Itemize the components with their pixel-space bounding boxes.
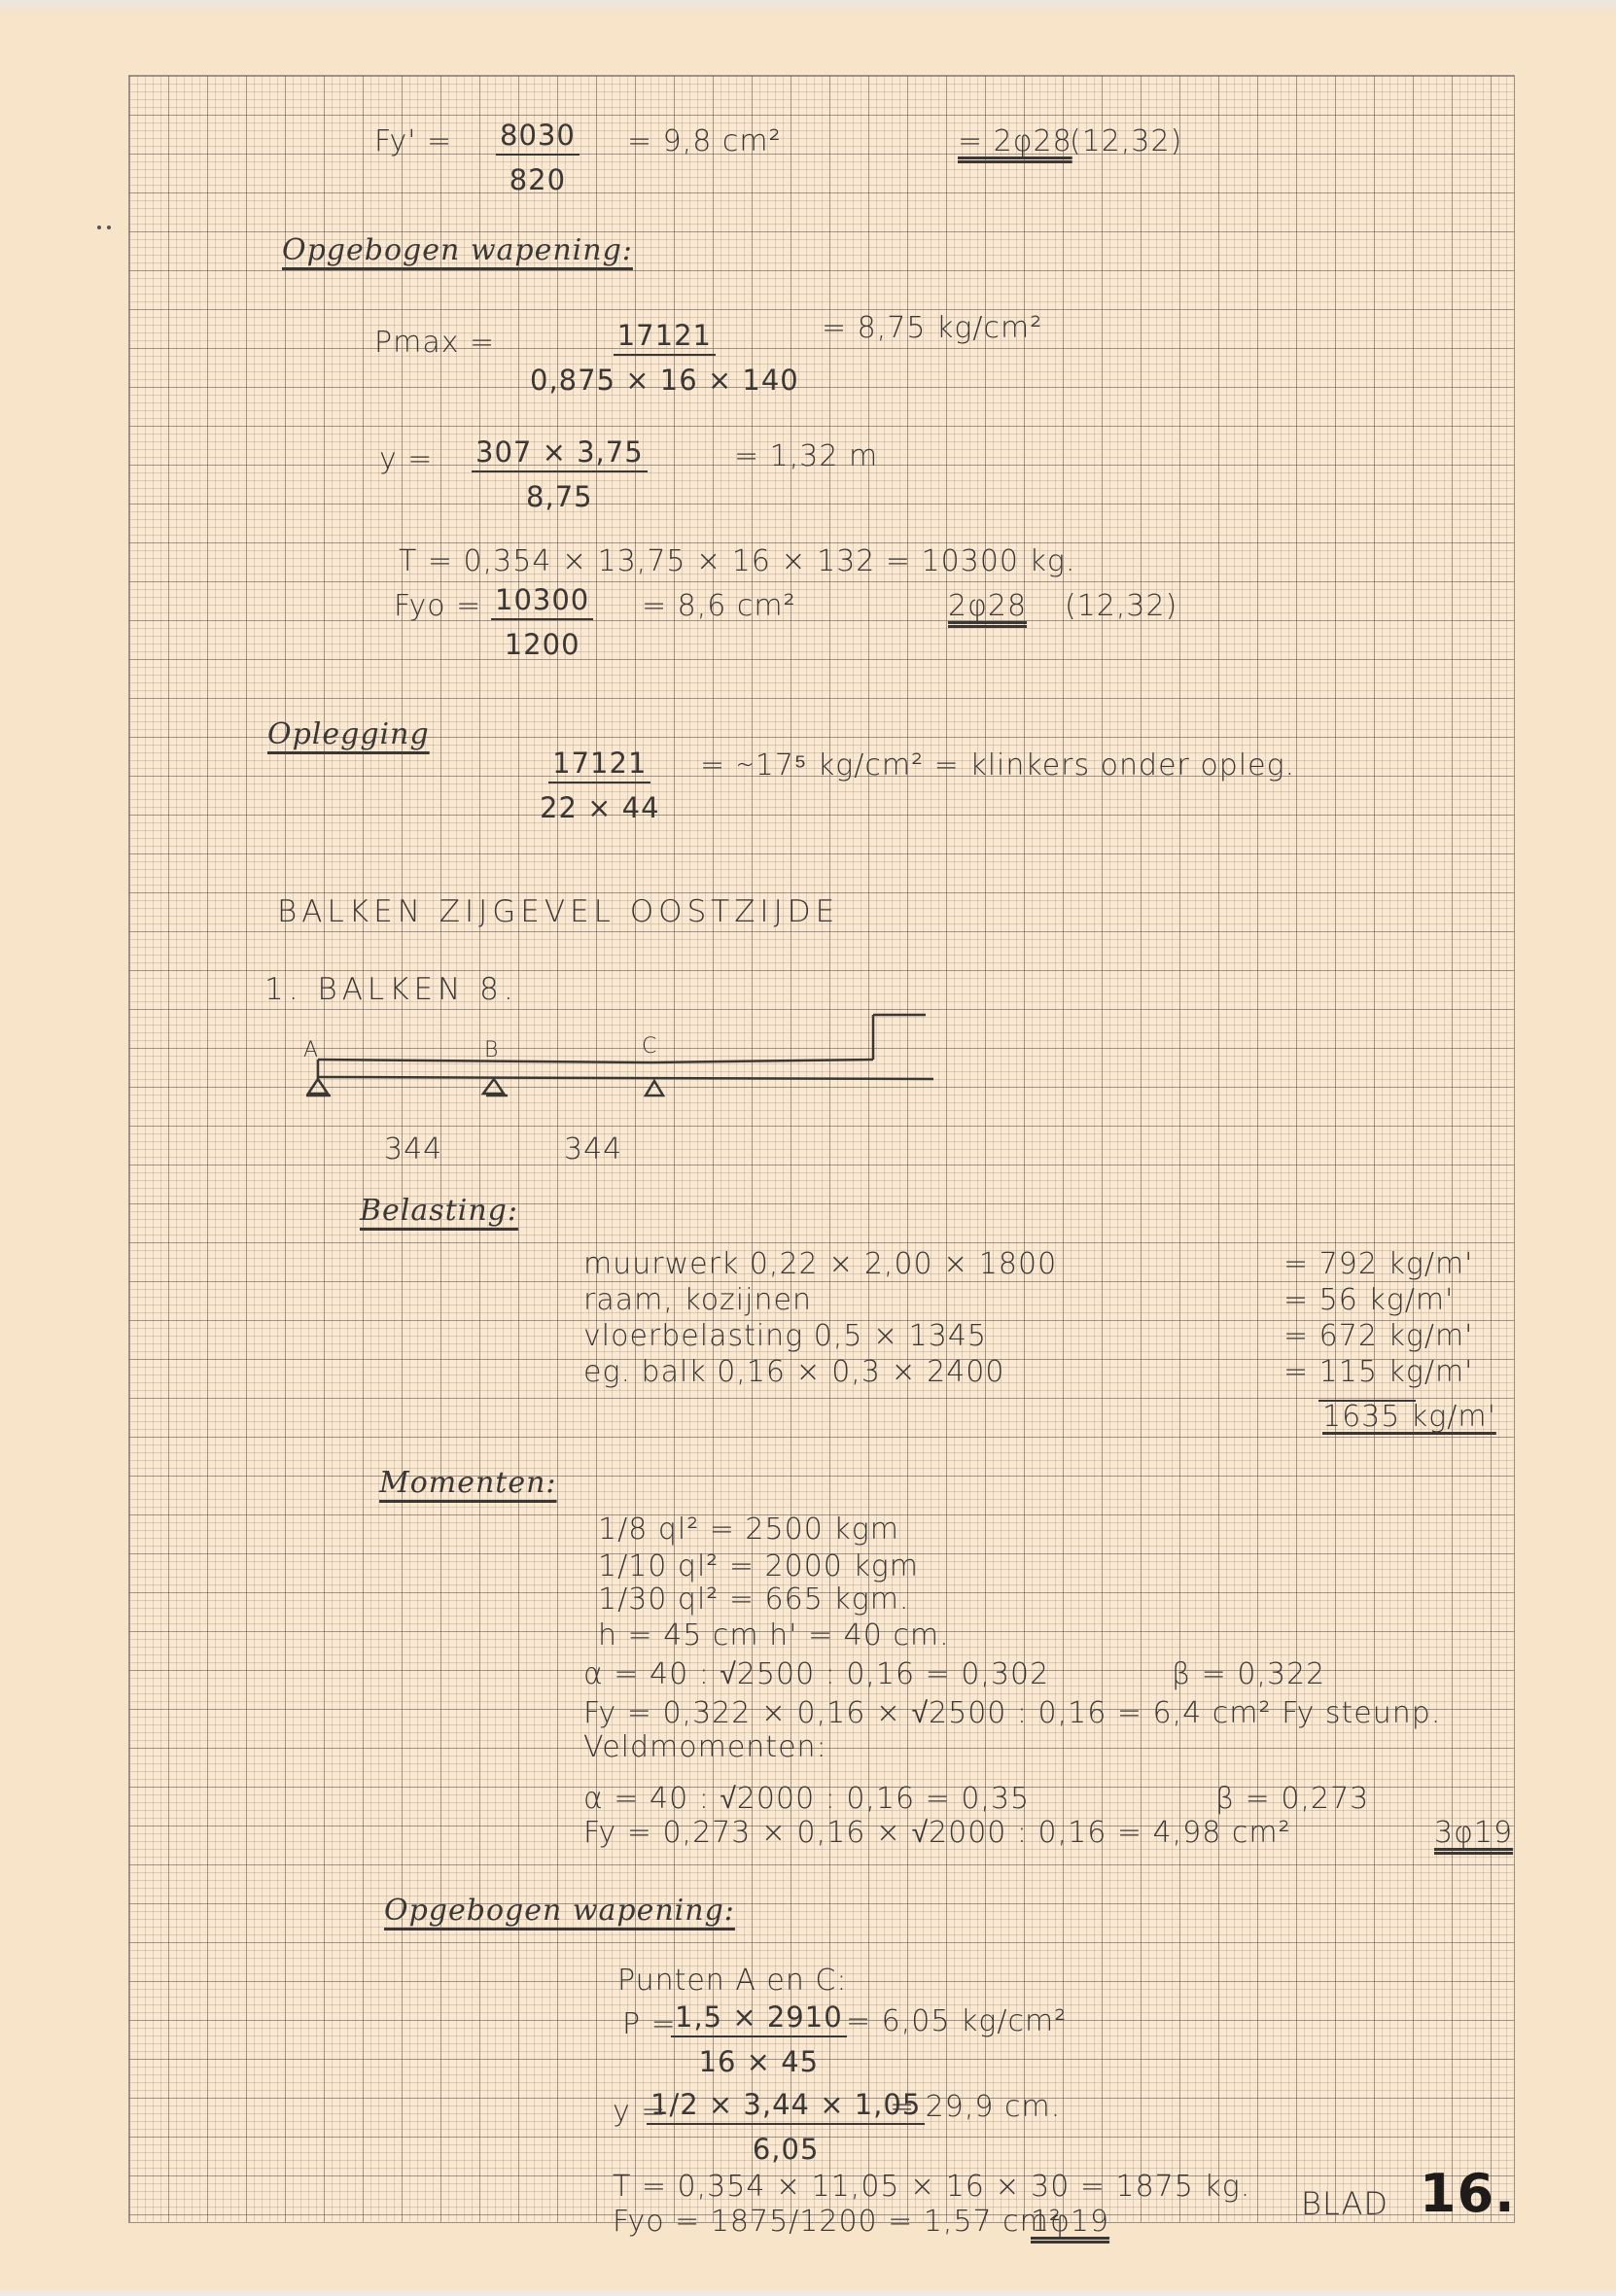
sheet-label: BLAD: [1301, 2185, 1388, 2222]
fyo2-bars: 1φ19: [1031, 2205, 1109, 2239]
support-label-a: A: [303, 1038, 319, 1062]
sum-line: [1318, 1400, 1416, 1402]
beta-support: β = 0,322: [1172, 1657, 1325, 1691]
fyo2-equation: Fyo = 1875/1200 = 1,57 cm²: [613, 2205, 1062, 2239]
support-label-c: C: [642, 1034, 657, 1059]
moment-line: α = 40 : √2000 : 0,16 = 0,35: [583, 1782, 1030, 1816]
y2-result: = 29,9 cm.: [890, 2090, 1061, 2124]
punten-a-c: Punten A en C:: [617, 1964, 847, 1998]
beta-field: β = 0,273: [1215, 1782, 1369, 1816]
moment-line: Veldmomenten:: [583, 1730, 827, 1764]
section-heading-opgebogen-wapening-2: Opgebogen wapening:: [384, 1894, 735, 1928]
p-denominator: 16 × 45: [699, 2037, 820, 2078]
sheet-number: 16.: [1420, 2163, 1516, 2224]
beam-diagram: [0, 0, 1616, 2296]
p-result: = 6,05 kg/cm²: [846, 2004, 1067, 2038]
support-label-b: B: [484, 1038, 499, 1062]
moment-line: α = 40 : √2500 : 0,16 = 0,302: [583, 1657, 1049, 1691]
moment-line: Fy = 0,322 × 0,16 × √2500 : 0,16 = 6,4 c…: [583, 1696, 1441, 1730]
moment-line: 1/30 ql² = 665 kgm.: [598, 1583, 909, 1617]
span-length-ab: 344: [384, 1132, 442, 1166]
load-total: 1635 kg/m': [1322, 1400, 1496, 1434]
load-row-value: = 115 kg/m': [1283, 1355, 1473, 1389]
moment-line: 1/8 ql² = 2500 kgm: [598, 1513, 899, 1547]
span-length-bc: 344: [564, 1132, 622, 1166]
y2-denominator: 6,05: [753, 2125, 820, 2166]
load-row-label: eg. balk 0,16 × 0,3 × 2400: [583, 1355, 1004, 1389]
y2-numerator: 1/2 × 3,44 × 1,05: [647, 2088, 925, 2125]
moment-line: Fy = 0,273 × 0,16 × √2000 : 0,16 = 4,98 …: [583, 1816, 1291, 1850]
p-numerator: 1,5 × 2910: [671, 2000, 847, 2037]
load-row-label: vloerbelasting 0,5 × 1345: [583, 1319, 987, 1353]
p-label: P =: [622, 2007, 677, 2041]
p-fraction: 1,5 × 2910 16 × 45: [671, 2000, 847, 2078]
moment-line: 1/10 ql² = 2000 kgm: [598, 1549, 919, 1583]
field-bars: 3φ19: [1434, 1816, 1513, 1850]
load-row-label: raam, kozijnen: [583, 1283, 812, 1317]
t2-equation: T = 0,354 × 11,05 × 16 × 30 = 1875 kg.: [613, 2170, 1250, 2204]
load-row-value: = 56 kg/m': [1283, 1283, 1454, 1317]
section-heading-belasting: Belasting:: [360, 1194, 518, 1228]
load-row-value: = 672 kg/m': [1283, 1319, 1473, 1353]
moment-line: h = 45 cm h' = 40 cm.: [598, 1618, 950, 1652]
y2-fraction: 1/2 × 3,44 × 1,05 6,05: [647, 2088, 925, 2166]
load-row-value: = 792 kg/m': [1283, 1247, 1473, 1281]
section-heading-momenten: Momenten:: [379, 1466, 557, 1500]
load-row-label: muurwerk 0,22 × 2,00 × 1800: [583, 1247, 1057, 1281]
